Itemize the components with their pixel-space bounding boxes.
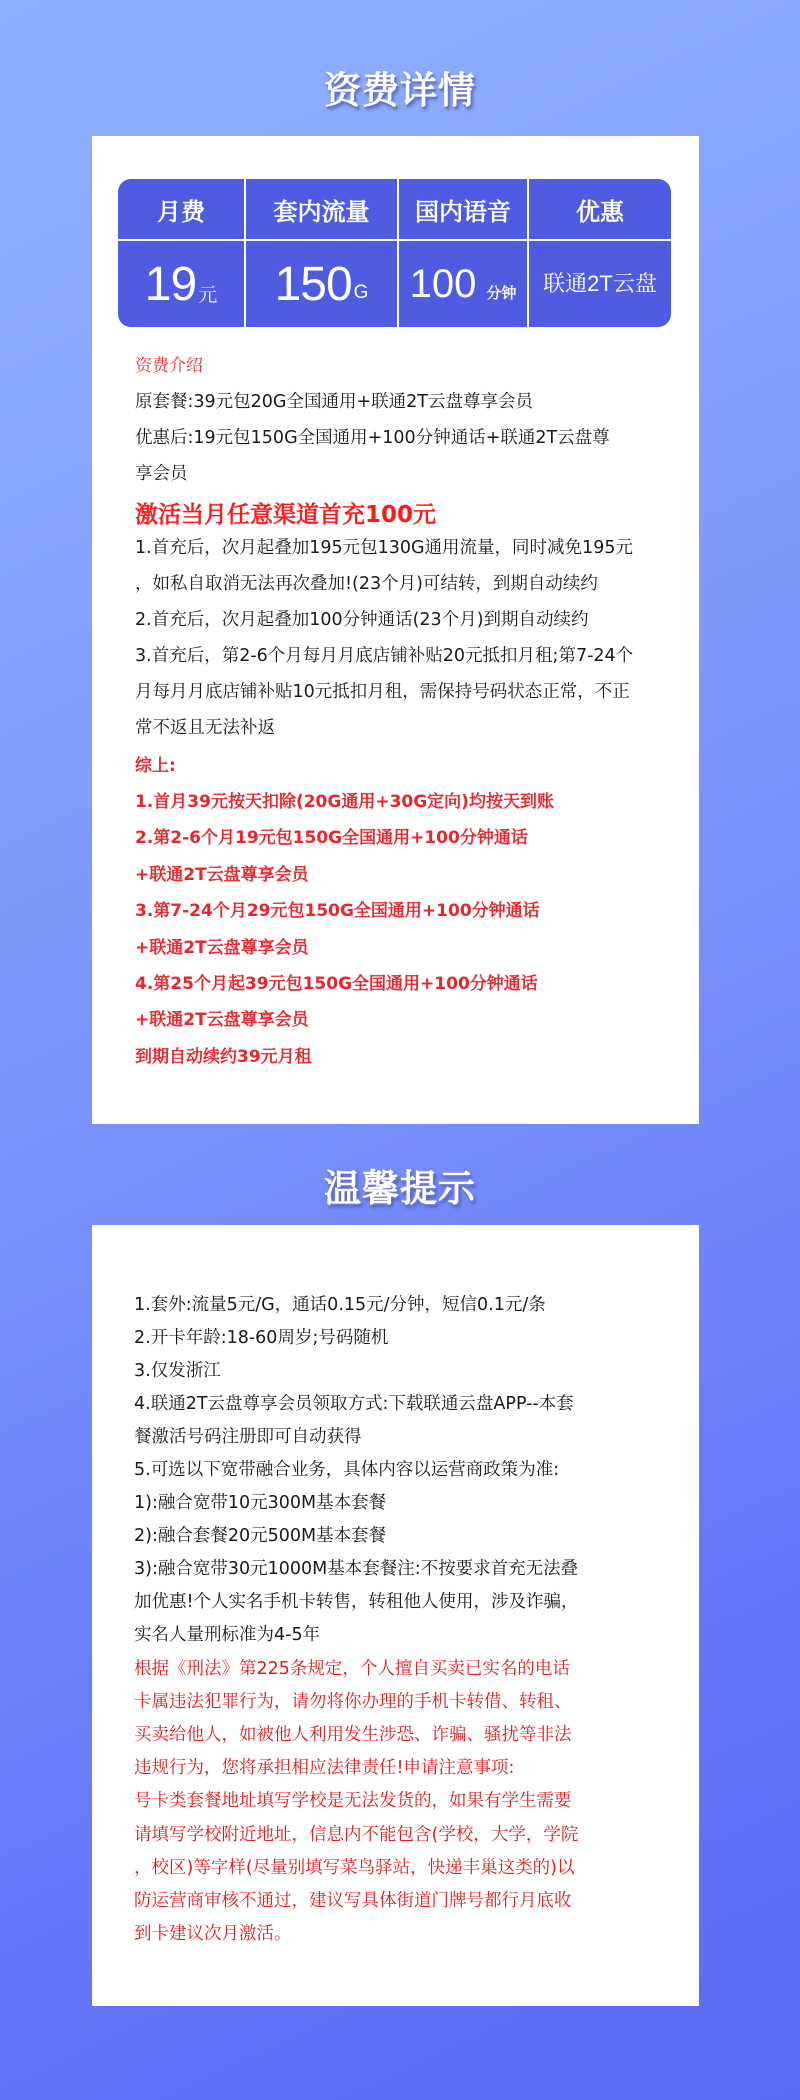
summary-line: 3.第7-24个月29元包150G全国通用+100分钟通话 [135, 896, 540, 921]
summary-line: 4.第25个月起39元包150G全国通用+100分钟通话 [135, 969, 538, 994]
intro-line: 优惠后:19元包150G全国通用+100分钟通话+联通2T云盘尊 [135, 424, 610, 449]
activation-headline: 激活当月任意渠道首充100元 [135, 496, 436, 529]
tip-line: 加优惠!个人实名手机卡转售，转租他人使用，涉及诈骗， [134, 1588, 579, 1613]
monthly-fee-unit: 元 [198, 280, 217, 307]
section-title-tariff-details: 资费详情 [0, 60, 800, 114]
monthly-fee-value: 19元 [118, 241, 244, 327]
tariff-table: 月费 套内流量 国内语音 优惠 19元 150G 100分钟 联通2T云盘 [118, 179, 671, 327]
intro-line: 享会员 [135, 460, 188, 485]
data-value: 150G [246, 241, 397, 327]
table-divider [118, 239, 671, 241]
tip-line: 2.开卡年龄:18-60周岁;号码随机 [134, 1324, 388, 1349]
warning-line: 违规行为，您将承担相应法律责任!申请注意事项: [134, 1754, 514, 1779]
perk-text: 联通2T云盘 [543, 267, 657, 298]
tip-line: 2):融合套餐20元500M基本套餐 [134, 1522, 386, 1547]
tip-line: 5.可选以下宽带融合业务，具体内容以运营商政策为准: [134, 1456, 559, 1481]
rule-line: ，如私自取消无法再次叠加!(23个月)可结转，到期自动续约 [135, 570, 598, 595]
summary-line: 1.首月39元按天扣除(20G通用+30G定向)均按天到账 [135, 787, 554, 812]
warning-line: 号卡类套餐地址填写学校是无法发货的，如果有学生需要 [134, 1787, 572, 1812]
monthly-fee-number: 19 [145, 257, 196, 312]
rule-line: 3.首充后，第2-6个月每月月底店铺补贴20元抵扣月租;第7-24个 [135, 642, 633, 667]
section-title-tips: 温馨提示 [0, 1158, 800, 1212]
tip-line: 3):融合宽带30元1000M基本套餐注:不按要求首充无法叠 [134, 1555, 578, 1580]
voice-value: 100分钟 [399, 241, 527, 327]
header-data: 套内流量 [246, 179, 397, 239]
data-number: 150 [275, 257, 352, 312]
warning-line: 买卖给他人，如被他人利用发生涉恐、诈骗、骚扰等非法 [134, 1721, 572, 1746]
rule-line: 常不返且无法补返 [135, 714, 275, 739]
warning-line: 卡属违法犯罪行为，请勿将你办理的手机卡转借、转租、 [134, 1688, 572, 1713]
voice-unit: 分钟 [486, 282, 516, 303]
intro-label: 资费介绍 [135, 351, 203, 376]
tips-card: 1.套外:流量5元/G，通话0.15元/分钟，短信0.1元/条 2.开卡年龄:1… [92, 1225, 699, 2006]
tip-line: 1):融合宽带10元300M基本套餐 [134, 1489, 386, 1514]
header-voice: 国内语音 [399, 179, 527, 239]
tip-line: 3.仅发浙江 [134, 1357, 221, 1382]
perk-value: 联通2T云盘 [529, 241, 671, 327]
rule-line: 1.首充后，次月起叠加195元包130G通用流量，同时减免195元 [135, 534, 633, 559]
voice-number: 100 [410, 262, 477, 307]
summary-heading: 综上: [135, 751, 176, 776]
tip-line: 1.套外:流量5元/G，通话0.15元/分钟，短信0.1元/条 [134, 1291, 546, 1316]
table-divider [397, 179, 399, 327]
tip-line: 4.联通2T云盘尊享会员领取方式:下载联通云盘APP--本套 [134, 1390, 574, 1415]
summary-line: +联通2T云盘尊享会员 [135, 1005, 309, 1030]
rule-line: 2.首充后，次月起叠加100分钟通话(23个月)到期自动续约 [135, 606, 589, 631]
warning-line: ，校区)等字样(尽量别填写菜鸟驿站，快递丰巢这类的)以 [134, 1854, 574, 1879]
tip-line: 实名人量刑标准为4-5年 [134, 1621, 320, 1646]
rule-line: 月每月月底店铺补贴10元抵扣月租，需保持号码状态正常，不正 [135, 678, 630, 703]
summary-line: +联通2T云盘尊享会员 [135, 933, 309, 958]
tip-line: 餐激活号码注册即可自动获得 [134, 1423, 362, 1448]
warning-line: 请填写学校附近地址，信息内不能包含(学校，大学，学院 [134, 1821, 578, 1846]
warning-line: 防运营商审核不通过，建议写具体街道门牌号都行月底收 [134, 1887, 572, 1912]
header-perk: 优惠 [529, 179, 671, 239]
warning-line: 根据《刑法》第225条规定，个人擅自买卖已实名的电话 [134, 1655, 570, 1680]
summary-line: +联通2T云盘尊享会员 [135, 860, 309, 885]
tariff-details-card: 月费 套内流量 国内语音 优惠 19元 150G 100分钟 联通2T云盘 资费… [92, 136, 699, 1124]
summary-line: 2.第2-6个月19元包150G全国通用+100分钟通话 [135, 823, 528, 848]
header-monthly-fee: 月费 [118, 179, 244, 239]
intro-line: 原套餐:39元包20G全国通用+联通2T云盘尊享会员 [135, 388, 533, 413]
summary-line: 到期自动续约39元月租 [135, 1042, 312, 1067]
data-unit: G [354, 282, 369, 304]
table-divider [527, 179, 529, 327]
table-divider [244, 179, 246, 327]
warning-line: 到卡建议次月激活。 [134, 1920, 292, 1945]
